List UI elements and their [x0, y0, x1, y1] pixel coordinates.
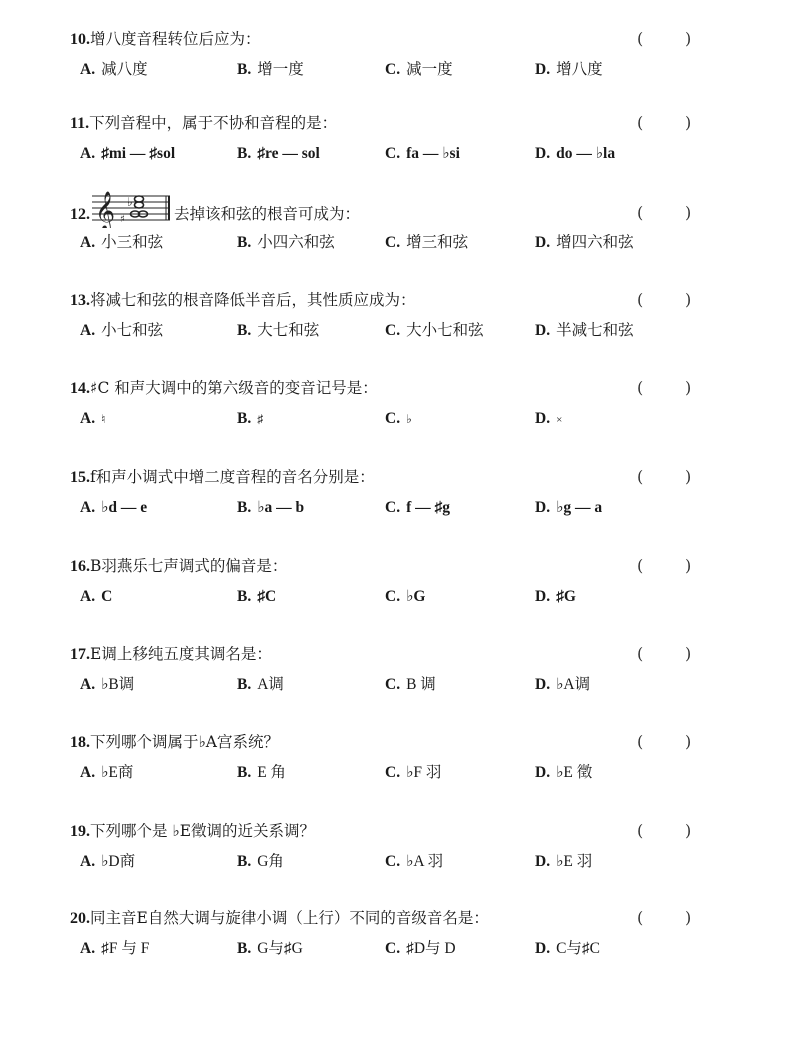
option-label: A. — [80, 410, 95, 427]
option-c[interactable]: C.fa — ♭si — [385, 142, 460, 165]
option-text: 小三和弦 — [101, 234, 163, 251]
option-text: ♭A调 — [556, 676, 590, 693]
option-c[interactable]: C.增三和弦 — [385, 231, 468, 254]
option-d[interactable]: D.♭A调 — [535, 673, 590, 696]
option-text: C与♯C — [556, 940, 600, 957]
answer-blank[interactable] — [650, 377, 682, 399]
question-number: 17. — [70, 646, 90, 663]
option-c[interactable]: C.♭A 羽 — [385, 850, 443, 873]
option-b[interactable]: B.大七和弦 — [237, 319, 319, 342]
option-c[interactable]: C.♭ — [385, 407, 412, 430]
answer-paren-open: ( — [637, 731, 643, 753]
option-a[interactable]: A.♮ — [80, 407, 105, 430]
option-text: 减八度 — [101, 61, 148, 78]
option-a[interactable]: A.♭E商 — [80, 761, 133, 784]
option-label: C. — [385, 764, 400, 781]
answer-paren-open: ( — [637, 555, 643, 577]
answer-paren-open: ( — [637, 643, 643, 665]
option-text: 大小七和弦 — [406, 322, 484, 339]
option-a[interactable]: A.小三和弦 — [80, 231, 163, 254]
option-c[interactable]: C.减一度 — [385, 58, 453, 81]
question-stem: 16.B羽燕乐七声调式的偏音是： — [70, 555, 287, 578]
answer-paren-close: ) — [685, 466, 691, 488]
options: A.♯mi — ♯sol B.♯re — sol C.fa — ♭si D.do… — [80, 142, 700, 166]
option-a[interactable]: A.♯mi — ♯sol — [80, 142, 175, 165]
option-label: D. — [535, 588, 550, 605]
option-label: B. — [237, 764, 251, 781]
option-label: B. — [237, 234, 251, 251]
options: A.小三和弦 B.小四六和弦 C.增三和弦 D.增四六和弦 — [80, 231, 700, 255]
option-label: A. — [80, 940, 95, 957]
options: A.♯F 与 F B.G与♯G C.♯D与 D D.C与♯C — [80, 937, 700, 961]
option-d[interactable]: D.增八度 — [535, 58, 603, 81]
option-d[interactable]: D.do — ♭la — [535, 142, 615, 165]
question-text: 将减七和弦的根音降低半音后，其性质应成为： — [90, 291, 416, 309]
answer-paren-open: ( — [637, 377, 643, 399]
option-text: ♭A 羽 — [406, 853, 443, 870]
answer-paren-open: ( — [637, 466, 643, 488]
answer-paren-open: ( — [637, 820, 643, 842]
answer-paren-close: ) — [685, 112, 691, 134]
option-text: ♭E 徵 — [556, 764, 592, 781]
answer-paren-open: ( — [637, 28, 643, 50]
option-label: D. — [535, 676, 550, 693]
option-text: 增八度 — [556, 61, 603, 78]
answer-paren-close: ) — [685, 377, 691, 399]
option-label: C. — [385, 145, 400, 162]
question-14: 14.♯C 和声大调中的第六级音的变音记号是： ( ) A.♮ B.♯ C.♭ … — [70, 377, 710, 447]
option-label: D. — [535, 853, 550, 870]
question-13: 13.将减七和弦的根音降低半音后，其性质应成为： ( ) A.小七和弦 B.大七… — [70, 289, 710, 359]
question-stem: 14.♯C 和声大调中的第六级音的变音记号是： — [70, 377, 378, 400]
option-label: A. — [80, 764, 95, 781]
option-label: C. — [385, 322, 400, 339]
option-a[interactable]: A.小七和弦 — [80, 319, 163, 342]
option-text: A调 — [257, 676, 284, 693]
option-label: C. — [385, 588, 400, 605]
option-label: D. — [535, 410, 550, 427]
question-stem: 10.增八度音程转位后应为： — [70, 28, 261, 51]
answer-paren-close: ) — [685, 731, 691, 753]
option-text: 增四六和弦 — [556, 234, 634, 251]
options: A.♭B调 B.A调 C.B 调 D.♭A调 — [80, 673, 700, 697]
answer-blank[interactable] — [650, 28, 682, 50]
option-label: B. — [237, 499, 251, 516]
question-text: ♯C 和声大调中的第六级音的变音记号是： — [90, 379, 378, 397]
question-stem: 12. 𝄞 ♯ ♭ 去掉该和弦的根音可成为： — [70, 202, 360, 228]
question-number: 16. — [70, 558, 90, 575]
option-d[interactable]: D.增四六和弦 — [535, 231, 634, 254]
sharp-sign-icon: ♯ — [257, 412, 263, 426]
option-b[interactable]: B.A调 — [237, 673, 284, 696]
option-text: ♭G — [406, 588, 425, 605]
question-number: 19. — [70, 823, 90, 840]
option-label: B. — [237, 61, 251, 78]
option-text: ♯D与 D — [406, 940, 456, 957]
question-15: 15.f和声小调式中增二度音程的音名分别是： ( ) A.♭d — e B.♭a… — [70, 466, 710, 536]
flat-sign-icon: ♭ — [406, 412, 412, 426]
option-text: ♯G — [556, 588, 576, 605]
answer-paren-open: ( — [637, 202, 643, 224]
option-label: C. — [385, 499, 400, 516]
option-b[interactable]: B.♯ — [237, 407, 263, 430]
question-text: 增八度音程转位后应为： — [90, 30, 261, 48]
option-d[interactable]: D.半减七和弦 — [535, 319, 634, 342]
answer-blank[interactable] — [650, 112, 682, 134]
option-a[interactable]: A.C — [80, 585, 112, 608]
options: A.♭E商 B.E 角 C.♭F 羽 D.♭E 徵 — [80, 761, 700, 785]
question-stem: 18.下列哪个调属于♭A宫系统？ — [70, 731, 279, 754]
option-label: C. — [385, 940, 400, 957]
option-a[interactable]: A.♭D商 — [80, 850, 135, 873]
option-label: D. — [535, 322, 550, 339]
option-text: f — ♯g — [406, 499, 450, 516]
option-label: A. — [80, 61, 95, 78]
answer-blank[interactable] — [650, 555, 682, 577]
question-text: 下列哪个调属于♭A宫系统？ — [90, 733, 279, 751]
double-sharp-sign-icon: × — [556, 414, 562, 426]
option-text: ♯C — [257, 588, 276, 605]
option-label: D. — [535, 145, 550, 162]
option-label: C. — [385, 853, 400, 870]
option-text: ♭B调 — [101, 676, 134, 693]
options: A.♭d — e B.♭a — b C.f — ♯g D.♭g — a — [80, 496, 700, 520]
options: A.♮ B.♯ C.♭ D.× — [80, 407, 700, 431]
question-number: 13. — [70, 292, 90, 309]
option-c[interactable]: C.♯D与 D — [385, 937, 456, 960]
question-text: 去掉该和弦的根音可成为： — [174, 205, 360, 223]
answer-paren-open: ( — [637, 112, 643, 134]
question-stem: 13.将减七和弦的根音降低半音后，其性质应成为： — [70, 289, 416, 312]
question-stem: 15.f和声小调式中增二度音程的音名分别是： — [70, 466, 375, 489]
option-text: ♯re — sol — [257, 145, 320, 162]
option-label: C. — [385, 234, 400, 251]
svg-text:♯: ♯ — [120, 214, 125, 225]
option-text: 增三和弦 — [406, 234, 468, 251]
question-number: 18. — [70, 734, 90, 751]
option-text: E 角 — [257, 764, 286, 781]
answer-blank[interactable] — [650, 289, 682, 311]
option-text: ♯F 与 F — [101, 940, 149, 957]
option-b[interactable]: B.♯re — sol — [237, 142, 320, 165]
options: A.♭D商 B.G角 C.♭A 羽 D.♭E 羽 — [80, 850, 700, 874]
option-text: ♭d — e — [101, 499, 147, 516]
option-d[interactable]: D.× — [535, 407, 562, 431]
natural-sign-icon: ♮ — [101, 412, 105, 426]
option-label: B. — [237, 940, 251, 957]
question-number: 12. — [70, 206, 90, 223]
option-c[interactable]: C.♭G — [385, 585, 425, 608]
answer-paren-close: ) — [685, 907, 691, 929]
option-b[interactable]: B.G与♯G — [237, 937, 303, 960]
option-a[interactable]: A.减八度 — [80, 58, 148, 81]
option-text: ♯mi — ♯sol — [101, 145, 175, 162]
answer-paren-close: ) — [685, 28, 691, 50]
question-number: 11. — [70, 115, 89, 132]
option-text: 大七和弦 — [257, 322, 319, 339]
option-d[interactable]: D.♭g — a — [535, 496, 602, 519]
question-stem: 11.下列音程中，属于不协和音程的是： — [70, 112, 337, 135]
option-label: A. — [80, 588, 95, 605]
question-number: 10. — [70, 31, 90, 48]
option-label: D. — [535, 61, 550, 78]
question-18: 18.下列哪个调属于♭A宫系统？ ( ) A.♭E商 B.E 角 C.♭F 羽 … — [70, 731, 710, 801]
option-text: B 调 — [406, 676, 436, 693]
option-text: C — [101, 588, 112, 605]
option-label: B. — [237, 322, 251, 339]
question-text: 同主音E自然大调与旋律小调（上行）不同的音级音名是： — [90, 909, 489, 927]
option-b[interactable]: B.E 角 — [237, 761, 286, 784]
question-text: 下列音程中，属于不协和音程的是： — [89, 114, 337, 132]
option-c[interactable]: C.B 调 — [385, 673, 436, 696]
answer-blank[interactable] — [650, 202, 682, 224]
option-text: G与♯G — [257, 940, 303, 957]
question-text: E调上移纯五度其调名是： — [90, 645, 272, 663]
answer-paren-close: ) — [685, 643, 691, 665]
option-text: 增一度 — [257, 61, 304, 78]
option-label: B. — [237, 853, 251, 870]
option-label: B. — [237, 410, 251, 427]
option-label: B. — [237, 676, 251, 693]
options: A.减八度 B.增一度 C.减一度 D.增八度 — [80, 58, 700, 82]
svg-text:𝄞: 𝄞 — [95, 191, 115, 228]
option-c[interactable]: C.f — ♯g — [385, 496, 450, 519]
option-c[interactable]: C.♭F 羽 — [385, 761, 441, 784]
option-label: C. — [385, 676, 400, 693]
option-text: fa — ♭si — [406, 145, 460, 162]
options: A.小七和弦 B.大七和弦 C.大小七和弦 D.半减七和弦 — [80, 319, 700, 343]
question-19: 19.下列哪个是 ♭E徵调的近关系调？ ( ) A.♭D商 B.G角 C.♭A … — [70, 820, 710, 890]
answer-paren-close: ) — [685, 202, 691, 224]
answer-paren-open: ( — [637, 907, 643, 929]
option-text: ♭a — b — [257, 499, 304, 516]
question-text: 下列哪个是 ♭E徵调的近关系调？ — [90, 822, 315, 840]
option-b[interactable]: B.小四六和弦 — [237, 231, 335, 254]
question-number: 15. — [70, 469, 90, 486]
option-text: 半减七和弦 — [556, 322, 634, 339]
option-label: D. — [535, 499, 550, 516]
option-text: G角 — [257, 853, 284, 870]
question-20: 20.同主音E自然大调与旋律小调（上行）不同的音级音名是： ( ) A.♯F 与… — [70, 907, 710, 977]
option-label: A. — [80, 676, 95, 693]
option-a[interactable]: A.♭B调 — [80, 673, 134, 696]
music-staff-chord-icon: 𝄞 ♯ ♭ — [92, 188, 172, 228]
answer-blank[interactable] — [650, 643, 682, 665]
option-d[interactable]: D.♯G — [535, 585, 576, 608]
answer-blank[interactable] — [650, 820, 682, 842]
svg-text:♭: ♭ — [127, 195, 133, 209]
option-text: ♭E商 — [101, 764, 133, 781]
option-text: 减一度 — [406, 61, 453, 78]
answer-blank[interactable] — [650, 731, 682, 753]
option-d[interactable]: D.C与♯C — [535, 937, 600, 960]
answer-paren-open: ( — [637, 289, 643, 311]
option-a[interactable]: A.♭d — e — [80, 496, 147, 519]
question-number: 20. — [70, 910, 90, 927]
option-label: B. — [237, 588, 251, 605]
option-label: A. — [80, 499, 95, 516]
question-number: 14. — [70, 380, 90, 397]
option-text: ♭D商 — [101, 853, 135, 870]
option-label: D. — [535, 764, 550, 781]
question-16: 16.B羽燕乐七声调式的偏音是： ( ) A.C B.♯C C.♭G D.♯G — [70, 555, 710, 625]
option-label: A. — [80, 853, 95, 870]
answer-paren-close: ) — [685, 289, 691, 311]
option-text: ♭g — a — [556, 499, 602, 516]
question-10: 10.增八度音程转位后应为： ( ) A.减八度 B.增一度 C.减一度 D.增… — [70, 28, 710, 98]
option-label: A. — [80, 234, 95, 251]
option-b[interactable]: B.G角 — [237, 850, 284, 873]
option-a[interactable]: A.♯F 与 F — [80, 937, 149, 960]
option-b[interactable]: B.♭a — b — [237, 496, 304, 519]
option-label: C. — [385, 61, 400, 78]
answer-blank[interactable] — [650, 466, 682, 488]
question-stem: 20.同主音E自然大调与旋律小调（上行）不同的音级音名是： — [70, 907, 489, 930]
option-b[interactable]: B.♯C — [237, 585, 276, 608]
question-stem: 19.下列哪个是 ♭E徵调的近关系调？ — [70, 820, 315, 843]
option-label: D. — [535, 940, 550, 957]
option-label: A. — [80, 322, 95, 339]
answer-paren-close: ) — [685, 555, 691, 577]
answer-paren-close: ) — [685, 820, 691, 842]
option-label: B. — [237, 145, 251, 162]
question-17: 17.E调上移纯五度其调名是： ( ) A.♭B调 B.A调 C.B 调 D.♭… — [70, 643, 710, 713]
option-c[interactable]: C.大小七和弦 — [385, 319, 484, 342]
option-d[interactable]: D.♭E 羽 — [535, 850, 592, 873]
question-12: 12. 𝄞 ♯ ♭ 去掉该和弦的根音可成为： ( ) A.小三和弦 B.小四六和… — [70, 202, 710, 272]
question-11: 11.下列音程中，属于不协和音程的是： ( ) A.♯mi — ♯sol B.♯… — [70, 112, 710, 182]
option-text: 小四六和弦 — [257, 234, 335, 251]
option-text: do — ♭la — [556, 145, 615, 162]
option-text: ♭E 羽 — [556, 853, 592, 870]
option-text: ♭F 羽 — [406, 764, 441, 781]
options: A.C B.♯C C.♭G D.♯G — [80, 585, 700, 609]
option-label: C. — [385, 410, 400, 427]
question-stem: 17.E调上移纯五度其调名是： — [70, 643, 272, 666]
question-text: f和声小调式中增二度音程的音名分别是： — [90, 468, 375, 486]
option-text: 小七和弦 — [101, 322, 163, 339]
option-label: A. — [80, 145, 95, 162]
question-text: B羽燕乐七声调式的偏音是： — [90, 557, 287, 575]
answer-blank[interactable] — [650, 907, 682, 929]
option-d[interactable]: D.♭E 徵 — [535, 761, 592, 784]
option-b[interactable]: B.增一度 — [237, 58, 304, 81]
option-label: D. — [535, 234, 550, 251]
